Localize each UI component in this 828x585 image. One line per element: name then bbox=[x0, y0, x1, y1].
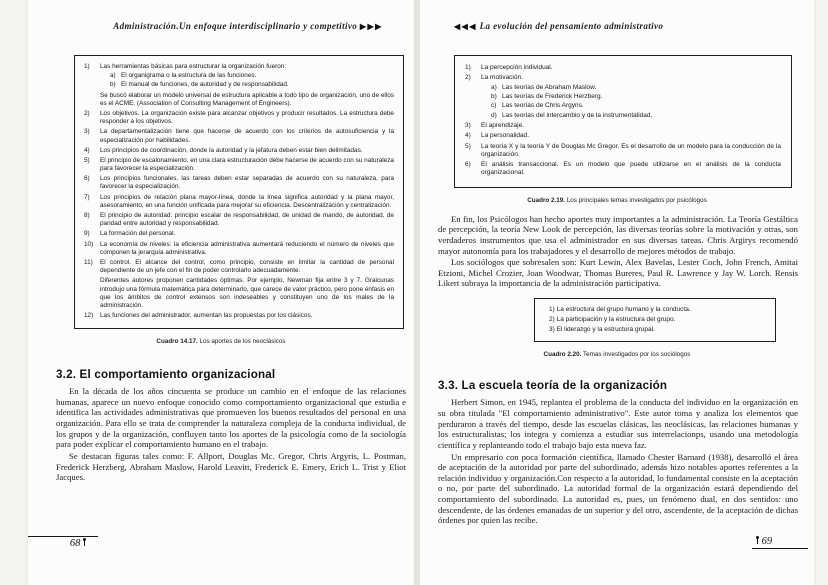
folio-pin-icon bbox=[83, 538, 86, 546]
cuadro-14-17-caption: Cuadro 14.17. Los aportes de los neoclás… bbox=[28, 338, 414, 345]
item-text: La motivación. bbox=[481, 74, 523, 81]
item-number: 7) bbox=[84, 194, 90, 202]
item-number: 5) bbox=[465, 143, 471, 151]
box-item: 10)La economía de niveles: la eficiencia… bbox=[84, 241, 394, 257]
book-scan: Administración.Un enfoque interdisciplin… bbox=[0, 0, 828, 585]
box-item: 5)La teoría X y la teoría Y de Douglas M… bbox=[465, 143, 781, 160]
page-left: Administración.Un enfoque interdisciplin… bbox=[28, 0, 414, 585]
sub-item-letter: a) bbox=[110, 72, 116, 80]
box-item: 4)La personalidad. bbox=[465, 132, 781, 140]
item-text: El principio de autoridad: principio esc… bbox=[100, 212, 394, 227]
caption-text: Los principales temas investigados por p… bbox=[567, 197, 707, 204]
item-text: Los principios funcionales, las tareas d… bbox=[100, 175, 394, 190]
item-number: 10) bbox=[84, 241, 93, 249]
item-number: 6) bbox=[84, 175, 90, 183]
sub-item-letter: d) bbox=[491, 112, 497, 120]
item-number: 6) bbox=[465, 161, 471, 169]
item-number: 1) bbox=[465, 64, 471, 72]
sub-item-text: El manual de funciones, de autoridad y d… bbox=[121, 81, 289, 88]
item-text: Las funciones del administrador, aumenta… bbox=[100, 312, 312, 319]
item-text: Los principios de coordinación, donde la… bbox=[100, 147, 363, 154]
back-arrows-icon: ◀◀◀ bbox=[454, 22, 477, 31]
item-note: Se buscó elaborar un modelo universal de… bbox=[100, 92, 394, 108]
caption-label: Cuadro 14.17. bbox=[156, 338, 197, 345]
section-heading-3-2: 3.2. El comportamiento organizacional bbox=[56, 368, 406, 381]
item-number: 4) bbox=[84, 147, 90, 155]
item-number: 11) bbox=[84, 259, 93, 267]
section-heading-3-3: 3.3. La escuela teoría de la organizació… bbox=[438, 379, 806, 392]
box-item: 1)La percepción individual. bbox=[465, 64, 781, 72]
item-text: Los principios de relación plana mayor-l… bbox=[100, 194, 394, 209]
paragraph: Herbert Simon, en 1945, replantea el pro… bbox=[438, 397, 798, 450]
sub-item: a)Las teorías de Abraham Maslow. bbox=[491, 84, 781, 92]
sub-item-list: a)El organigrama o la estructura de las … bbox=[100, 72, 394, 89]
item-number: 4) bbox=[465, 132, 471, 140]
sub-item: d)Las teorías del intercambio y de la in… bbox=[491, 112, 781, 120]
sub-item: c)Las teorías de Chris Argyris. bbox=[491, 102, 781, 110]
item-text: El análisis transaccional. Es un modelo … bbox=[481, 161, 781, 176]
folio-left: 68 bbox=[28, 536, 98, 549]
box-item: 8)El principio de autoridad: principio e… bbox=[84, 212, 394, 228]
cuadro-14-17-box: 1)Las herramientas básicas para estructu… bbox=[74, 55, 404, 329]
sub-item-text: Las teorías de Frederick Herzberg. bbox=[502, 93, 602, 100]
item-number: 3) bbox=[465, 122, 471, 130]
caption-text: Temas investigados por los sociólogos bbox=[583, 351, 690, 358]
box-item: 6)Los principios funcionales, las tareas… bbox=[84, 175, 394, 191]
box-item: 2)La motivación. a)Las teorías de Abraha… bbox=[465, 74, 781, 120]
sub-item: b)Las teorías de Frederick Herzberg. bbox=[491, 93, 781, 101]
running-head-left: Administración.Un enfoque interdisciplin… bbox=[86, 21, 410, 31]
item-number: 2) bbox=[84, 110, 90, 118]
sub-item-text: Las teorías de Abraham Maslow. bbox=[502, 84, 596, 91]
box-item: 5)El principio de escalonamiento, en una… bbox=[84, 157, 394, 173]
cuadro-2-20-box: 1) La estructura del grupo humano y la c… bbox=[534, 298, 776, 342]
page-number-right: 69 bbox=[746, 536, 808, 547]
sub-item-text: El organigrama o la estructura de las fu… bbox=[121, 72, 256, 79]
running-head-left-title: Administración.Un enfoque interdisciplin… bbox=[113, 21, 357, 31]
item-number: 8) bbox=[84, 212, 90, 220]
cuadro-2-19-caption: Cuadro 2.19. Los principales temas inves… bbox=[420, 197, 814, 204]
item-note: Diferentes autores proponen cantidades ó… bbox=[100, 277, 394, 310]
item-text: La teoría X y la teoría Y de Douglas Mc … bbox=[481, 143, 781, 158]
item-number: 5) bbox=[84, 157, 90, 165]
item-text: La personalidad. bbox=[481, 132, 529, 139]
box-item: 2)Los objetivos. La organización existe … bbox=[84, 110, 394, 126]
caption-text: Los aportes de los neoclásicos bbox=[199, 338, 285, 345]
box-item: 2) La participación y la estructura del … bbox=[549, 316, 761, 324]
item-number: 3) bbox=[84, 128, 90, 136]
caption-label: Cuadro 2.20. bbox=[544, 351, 582, 358]
cuadro-2-20-caption: Cuadro 2.20. Temas investigados por los … bbox=[420, 351, 814, 358]
item-number: 2) bbox=[465, 74, 471, 82]
box-item: 4)Los principios de coordinación, donde … bbox=[84, 147, 394, 155]
item-text: La percepción individual. bbox=[481, 64, 553, 71]
box-item: 3) El liderazgo y la estructura grupal. bbox=[549, 326, 761, 334]
running-head-right: ◀◀◀ La evolución del pensamiento adminis… bbox=[454, 21, 814, 31]
item-number: 9) bbox=[84, 230, 90, 238]
item-text: El principio de escalonamiento, en una c… bbox=[100, 157, 394, 172]
folio-right: 69 bbox=[746, 536, 808, 549]
cuadro-2-19-box: 1)La percepción individual. 2)La motivac… bbox=[454, 55, 792, 188]
item-number: 12) bbox=[84, 312, 93, 320]
box-item: 3)La departamentalización tiene que hace… bbox=[84, 128, 394, 144]
item-text: El aprendizaje. bbox=[481, 122, 524, 129]
sub-item-letter: b) bbox=[491, 93, 497, 101]
paragraph: En fin, los Psicólogos han hecho aportes… bbox=[438, 214, 798, 256]
page-number-left: 68 bbox=[28, 538, 98, 549]
sub-item-text: Las teorías de Chris Argyris. bbox=[502, 102, 584, 109]
sub-item: b)El manual de funciones, de autoridad y… bbox=[110, 81, 394, 89]
sub-item: a)El organigrama o la estructura de las … bbox=[110, 72, 394, 80]
item-text: El control. El alcance del control, como… bbox=[100, 259, 394, 274]
sub-item-letter: a) bbox=[491, 84, 497, 92]
item-text: Las herramientas básicas para estructura… bbox=[100, 63, 286, 70]
box-item: 7)Los principios de relación plana mayor… bbox=[84, 194, 394, 210]
sub-item-text: Las teorías del intercambio y de la inst… bbox=[502, 112, 652, 119]
folio-rule bbox=[752, 548, 808, 549]
item-text: La economía de niveles: la eficiencia ad… bbox=[100, 241, 394, 256]
box-item: 6)El análisis transaccional. Es un model… bbox=[465, 161, 781, 178]
box-item: 3)El aprendizaje. bbox=[465, 122, 781, 130]
folio-rule bbox=[28, 536, 98, 537]
item-text: Los objetivos. La organización existe pa… bbox=[100, 110, 394, 125]
caption-label: Cuadro 2.19. bbox=[527, 197, 565, 204]
paragraph: Los sociólogos que sobresalen son: Kurt … bbox=[438, 257, 798, 289]
item-text: La departamentalización tiene que hacers… bbox=[100, 128, 394, 143]
sub-item-letter: c) bbox=[491, 102, 496, 110]
paragraph: Un empresario con poca formación científ… bbox=[438, 452, 798, 526]
item-text: La formación del personal. bbox=[100, 230, 175, 237]
sub-item-list: a)Las teorías de Abraham Maslow. b)Las t… bbox=[481, 84, 781, 120]
page-right: ◀◀◀ La evolución del pensamiento adminis… bbox=[420, 0, 814, 585]
running-head-right-title: La evolución del pensamiento administrat… bbox=[480, 21, 664, 31]
forward-arrows-icon: ▶▶▶ bbox=[360, 22, 383, 31]
folio-pin-icon bbox=[756, 536, 759, 544]
item-number: 1) bbox=[84, 63, 90, 71]
box-item: 1) La estructura del grupo humano y la c… bbox=[549, 306, 761, 314]
sub-item-letter: b) bbox=[110, 81, 116, 89]
paragraph: En la década de los años cincuenta se pr… bbox=[56, 386, 406, 450]
box-item: 12)Las funciones del administrador, aume… bbox=[84, 312, 394, 320]
paragraph: Se destacan figuras tales como: F. Allpo… bbox=[56, 451, 406, 483]
box-item: 11)El control. El alcance del control, c… bbox=[84, 259, 394, 310]
box-item: 9)La formación del personal. bbox=[84, 230, 394, 238]
box-item: 1)Las herramientas básicas para estructu… bbox=[84, 63, 394, 108]
